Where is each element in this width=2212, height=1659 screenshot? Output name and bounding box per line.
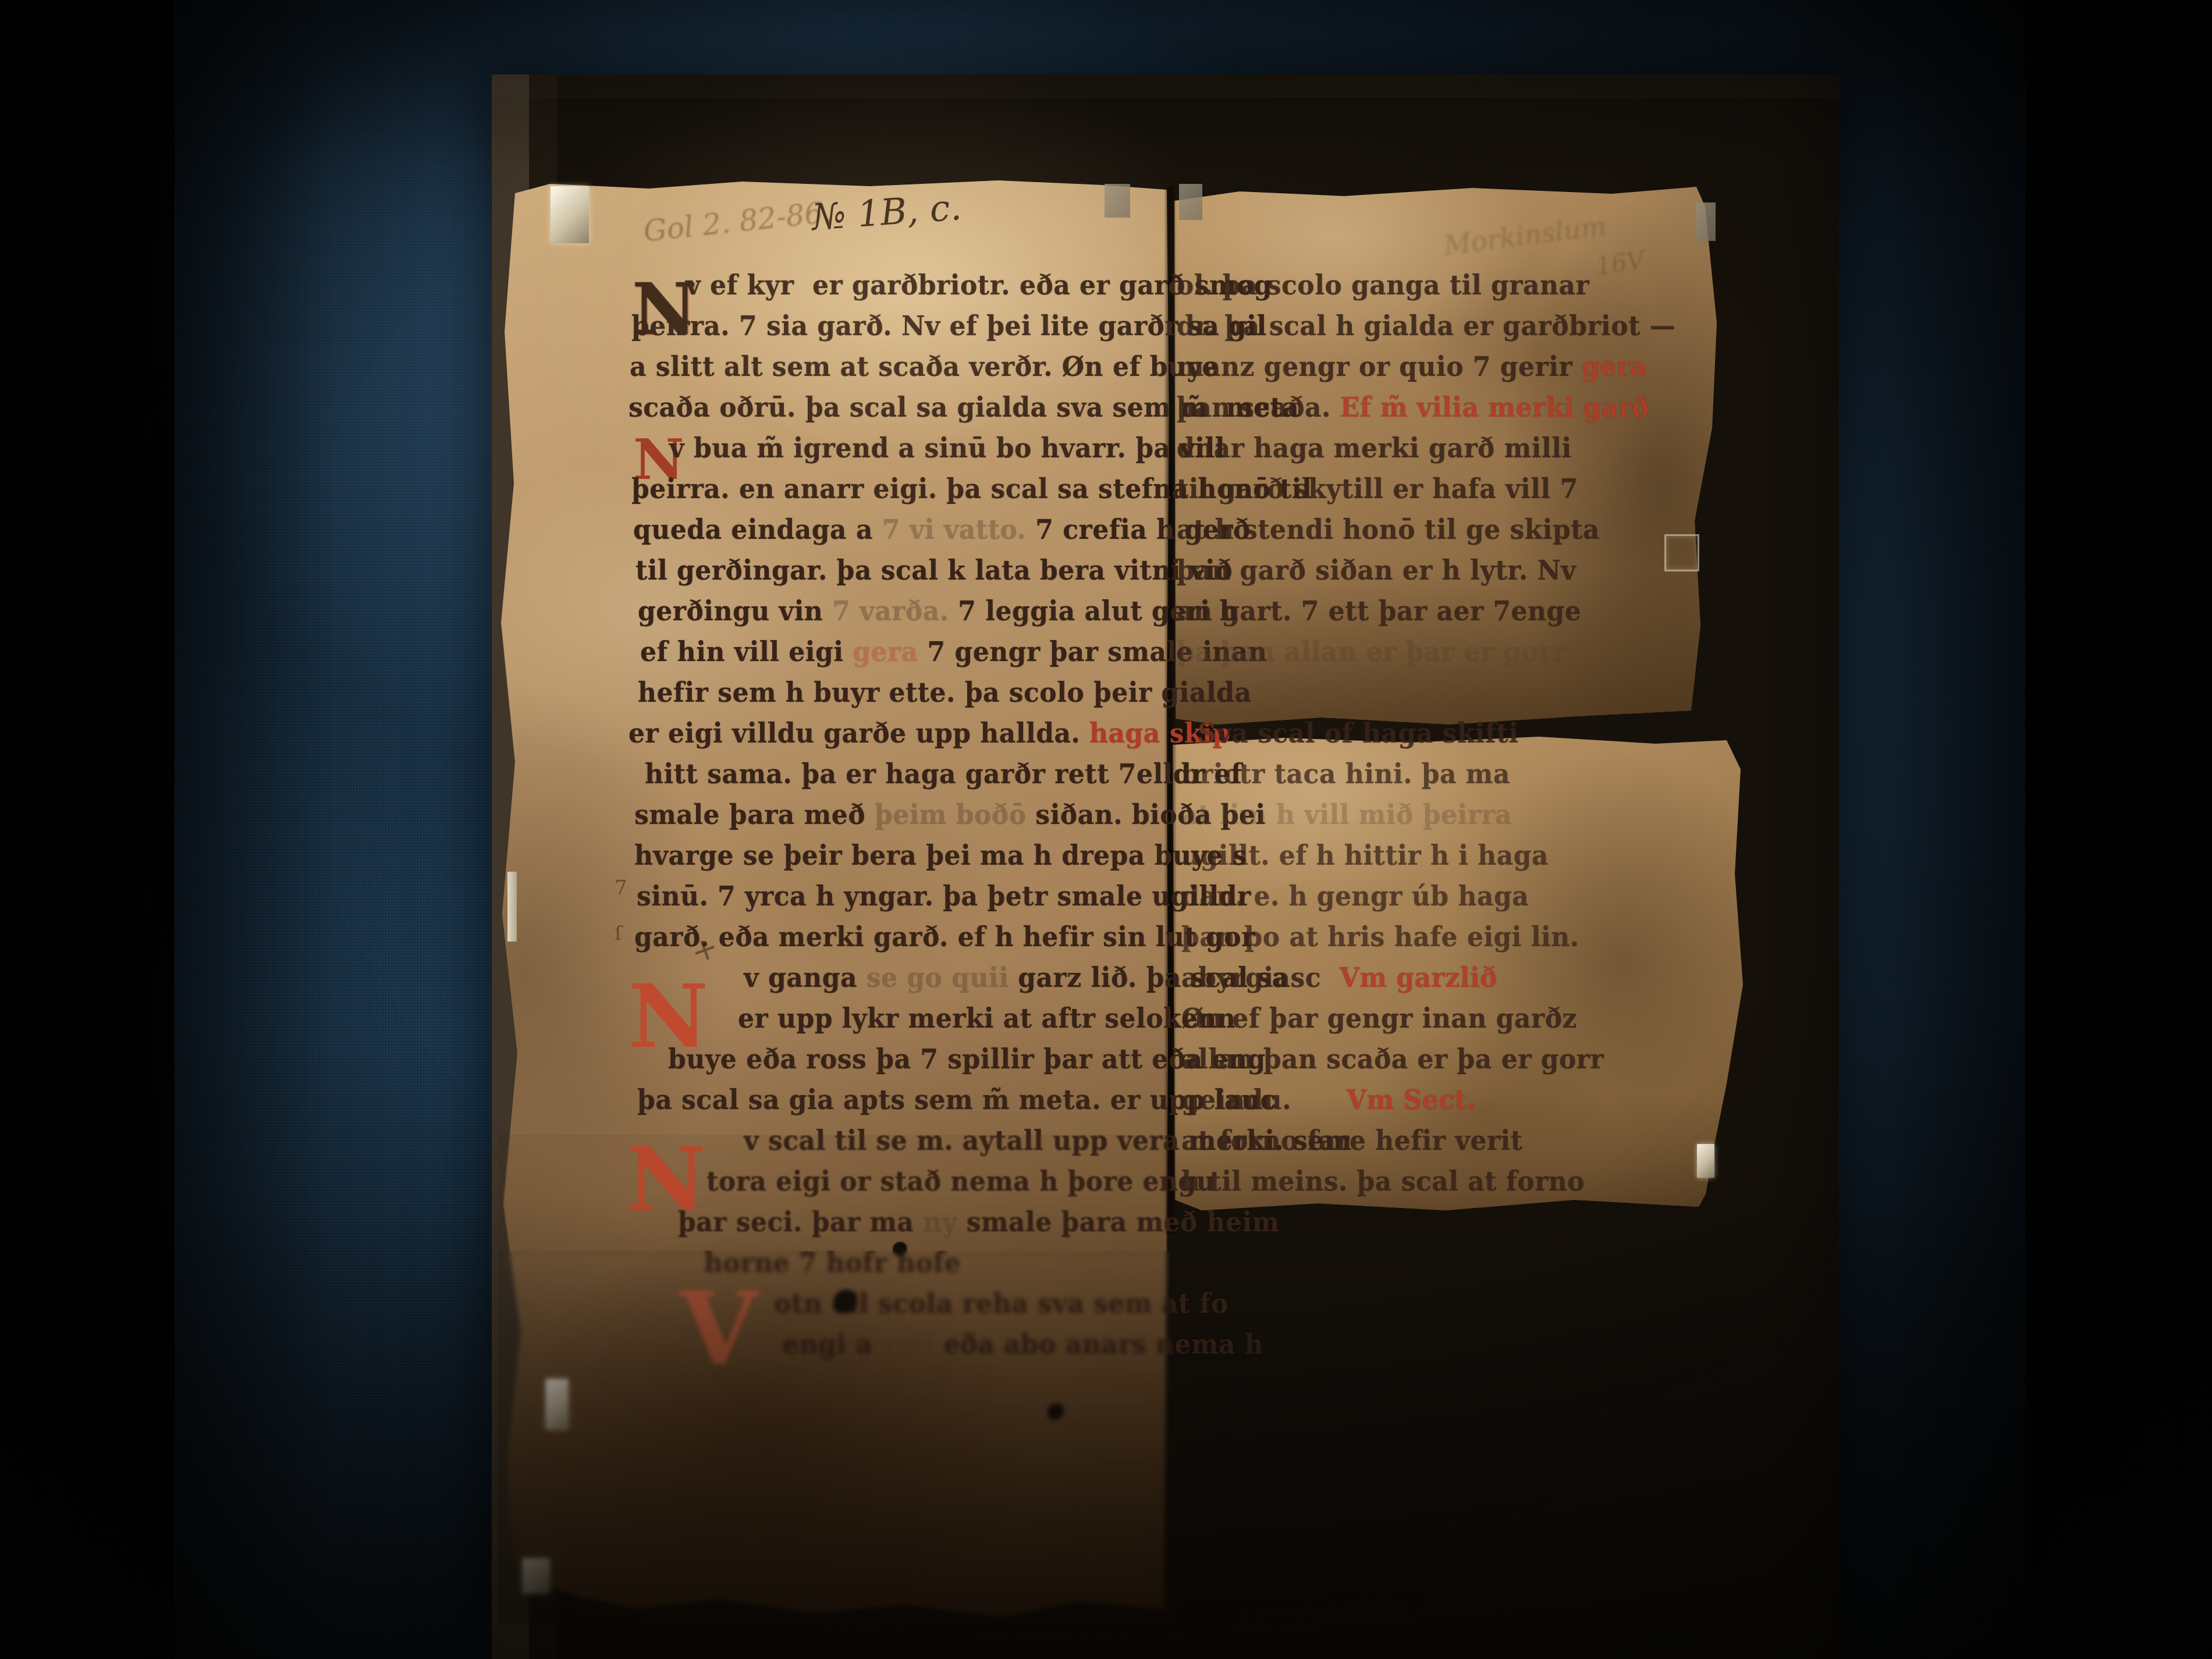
manuscript-text-segment: queda eindaga a xyxy=(633,514,882,546)
manuscript-text-segment: ef hin vill eigi xyxy=(640,637,853,668)
manuscript-text-segment: þa scal sa gia apts sem m̃ meta. er upp … xyxy=(637,1085,1276,1116)
mount-clip xyxy=(1696,203,1716,241)
mount-clip xyxy=(507,872,517,942)
manuscript-text-segment: dnar haga merki garð milli xyxy=(1177,433,1572,464)
manuscript-text-segment: manz gengr or quio 7 gerir xyxy=(1177,351,1582,383)
mount-clip xyxy=(551,186,589,243)
manuscript-text-segment: an gart. 7 ett þar aer 7enge xyxy=(1177,596,1581,627)
manuscript-text-line: er eigi villdu garðe upp hallda. haga sk… xyxy=(629,713,1230,756)
manuscript-text-segment: ugillt. ef h hittir h i haga xyxy=(1181,840,1549,872)
manuscript-text-line: sinū. 7 yrca h yngar. þa þetr smale ugil… xyxy=(637,876,1251,919)
manuscript-text-line: hitt sama. þa er haga garðr rett 7elldr … xyxy=(645,754,1242,797)
mount-clip xyxy=(1664,534,1699,571)
manuscript-text-line: dr. þa scal h gialda er garðbriot — xyxy=(1177,305,1675,349)
manuscript-text-line: buye eða ross þa 7 spillir þar att eða e… xyxy=(668,1039,1266,1082)
manuscript-text-line: h til meins. þa scal at forno xyxy=(1181,1161,1585,1204)
manuscript-text-line: þan scaða. Ef m̃ vilia merki garð xyxy=(1177,387,1649,430)
manuscript-text-segment: garð. eða merki garð. ef h hefir sin lut… xyxy=(634,922,1255,953)
manuscript-text-line: smale þara með þeim boðō siðan. bioða þe… xyxy=(634,794,1266,837)
manuscript-text-segment: dan. e. h gengr úb haga xyxy=(1181,881,1529,912)
manuscript-text-line: hefir sem h buyr ette. þa scolo þeir gia… xyxy=(638,672,1252,715)
manuscript-text-segment: er upp lykr merki at aftr selokenn xyxy=(738,1003,1236,1035)
manuscript-text-line: abyrgiasc Vm garzlið xyxy=(1181,957,1497,1000)
manuscript-text-line: til gerðingar. þa scal k lata bera vitni… xyxy=(635,550,1233,593)
mount-clip xyxy=(1105,184,1130,218)
margin-mark: ſ xyxy=(615,922,622,945)
focus-blur-overlay-mid xyxy=(498,1135,1173,1257)
manuscript-text-line: ol. þa scolo ganga til granar xyxy=(1177,265,1589,308)
manuscript-text-segment: at h stendi honō til ge skipta xyxy=(1177,514,1600,546)
manuscript-text-segment: þan garð siðan er h lytr. Nv xyxy=(1177,555,1576,587)
manuscript-text-line: þa þan allan er þar er gorr xyxy=(1177,631,1567,674)
manuscript-text-segment: h xyxy=(1245,1329,1264,1360)
manuscript-text-segment: a slitt alt sem at scaða verðr. Øn ef bu… xyxy=(630,351,1219,383)
manuscript-text-segment: gera xyxy=(853,637,918,668)
manuscript-text-segment: hefir sem h buyr ette. þa scolo þeir gia… xyxy=(638,677,1252,709)
manuscript-text-line: brictr taca hini. þa ma xyxy=(1181,754,1510,797)
manuscript-text-segment: Ef m̃ vilia merki garð xyxy=(1340,392,1650,424)
manuscript-text-segment: Vm garzlið xyxy=(1340,962,1497,994)
manuscript-text-line: an gart. 7 ett þar aer 7enge xyxy=(1177,591,1581,634)
manuscript-text-segment: þan scaða. xyxy=(1177,392,1340,424)
manuscript-text-line: geindu. Vm Sect. xyxy=(1181,1079,1476,1122)
manuscript-text-segment: at forno fare hefir verit xyxy=(1181,1125,1523,1157)
museum-display-photo: Gol 2. 82-86. № 1B, c. Morkinslum 16V NN… xyxy=(0,0,2212,1659)
manuscript-text-line: dnar haga merki garð milli xyxy=(1177,428,1572,471)
manuscript-text-segment: allan þan scaða er þa er gorr xyxy=(1181,1044,1604,1075)
manuscript-text-segment: S xyxy=(1198,718,1216,749)
manuscript-text-line: Øn ef þar gengr inan garðz xyxy=(1181,998,1577,1041)
manuscript-text-line: at forno fare hefir verit xyxy=(1181,1120,1523,1163)
focus-blur-overlay-bottom xyxy=(498,1251,1173,1624)
manuscript-text-line: garð. eða merki garð. ef h hefir sin lut… xyxy=(634,916,1255,960)
manuscript-text-line: v bua m̃ igrend a sinū bo hvarr. þa vill xyxy=(669,428,1225,471)
manuscript-text-segment: smale þara með xyxy=(634,800,875,831)
manuscript-text-segment: buye eða ross þa 7 spillir þar att eða e… xyxy=(668,1044,1266,1075)
manuscript-text-line: manz gengr or quio 7 gerir gera xyxy=(1177,346,1647,389)
manuscript-text-segment: þeim boðō xyxy=(875,800,1027,831)
manuscript-text-segment: gera xyxy=(1582,351,1647,383)
manuscript-text-line: þeirra. 7 sia garð. Nv ef þei lite garðr… xyxy=(631,305,1267,349)
manuscript-text-segment: v bua m̃ igrend a sinū bo hvarr. þa vill xyxy=(669,433,1225,464)
manuscript-text-line: þa scal sa gia apts sem m̃ meta. er upp … xyxy=(637,1079,1276,1122)
mount-clip xyxy=(1179,184,1202,220)
manuscript-text-segment: er eigi villdu garðe upp hallda. xyxy=(629,718,1089,749)
margin-mark: 7 xyxy=(615,876,627,900)
manuscript-text-line: a slitt alt sem at scaða verðr. Øn ef bu… xyxy=(630,346,1219,389)
manuscript-text-segment: Øn ef þar gengr inan garðz xyxy=(1181,1003,1577,1035)
manuscript-text-line: hvarge se þeir bera þei ma h drepa buye … xyxy=(634,835,1247,878)
manuscript-text-line: gerðingu vin 7 varða. 7 leggia alut geri… xyxy=(638,591,1238,634)
manuscript-text-segment: þan þo at hris hafe eigi lin. xyxy=(1181,922,1579,953)
manuscript-text-segment: se go quii xyxy=(867,962,1009,994)
manuscript-text-line: ugillt. ef h hittir h i haga xyxy=(1181,835,1549,878)
manuscript-text-segment: sinū. 7 yrca h yngar. þa þetr smale ugil… xyxy=(637,881,1251,912)
manuscript-text-line: ef hin vill eigi gera 7 gengr þar smale … xyxy=(640,631,1267,674)
manuscript-text-line: dan. e. h gengr úb haga xyxy=(1181,876,1529,919)
manuscript-text-line: at h stendi honō til ge skipta xyxy=(1177,509,1600,552)
manuscript-text-segment: v ganga xyxy=(744,962,867,994)
mount-clip xyxy=(1697,1144,1714,1178)
manuscript-text-line: at lim h vill mið þeirra xyxy=(1181,794,1512,837)
manuscript-text-segment: dr. þa scal h gialda er garðbriot — xyxy=(1177,311,1675,342)
manuscript-text-line: þan garð siðan er h lytr. Nv xyxy=(1177,550,1576,593)
manuscript-text-segment: brictr taca hini. þa ma xyxy=(1181,759,1510,790)
manuscript-text-segment: geindu. xyxy=(1181,1085,1347,1116)
manuscript-text-segment: þa þan allan er þar er gorr xyxy=(1177,637,1567,668)
manuscript-text-line: allan þan scaða er þa er gorr xyxy=(1181,1039,1604,1082)
manuscript-text-line: queda eindaga a 7 vi vatto. 7 crefia h g… xyxy=(633,509,1251,552)
manuscript-text-segment: hvarge se þeir bera þei ma h drepa buye … xyxy=(634,840,1247,872)
manuscript-text-segment: h til meins. þa scal at forno xyxy=(1181,1166,1585,1198)
manuscript-text-segment: va scal of haga skifti xyxy=(1216,718,1518,749)
manuscript-text-line: til garð skytill er hafa vill 7 xyxy=(1177,468,1578,511)
manuscript-text-segment: hitt sama. þa er haga garðr rett 7elldr … xyxy=(645,759,1242,790)
manuscript-text-segment: 7 varða. xyxy=(832,596,949,627)
manuscript-text-segment: 7 vi vatto. xyxy=(882,514,1027,546)
manuscript-text-segment: til gerðingar. þa scal k lata bera vitni… xyxy=(635,555,1233,587)
manuscript-text-segment: þeirra. 7 sia garð. Nv ef þei lite garðr… xyxy=(631,311,1267,342)
manuscript-text-segment: Vm Sect. xyxy=(1347,1085,1476,1116)
manuscript-text-segment: gerðingu vin xyxy=(638,596,832,627)
manuscript-text-segment: at lim h vill mið þeirra xyxy=(1181,800,1512,831)
manuscript-text-line: er upp lykr merki at aftr selokenn xyxy=(738,998,1236,1041)
manuscript-text-segment: til garð skytill er hafa vill 7 xyxy=(1177,474,1578,505)
manuscript-text-line: þan þo at hris hafe eigi lin. xyxy=(1181,916,1579,960)
manuscript-text-segment: ol. þa scolo ganga til granar xyxy=(1177,270,1589,301)
manuscript-text-segment: abyrgiasc xyxy=(1181,962,1340,994)
manuscript-text-line: Sva scal of haga skifti xyxy=(1198,713,1518,756)
